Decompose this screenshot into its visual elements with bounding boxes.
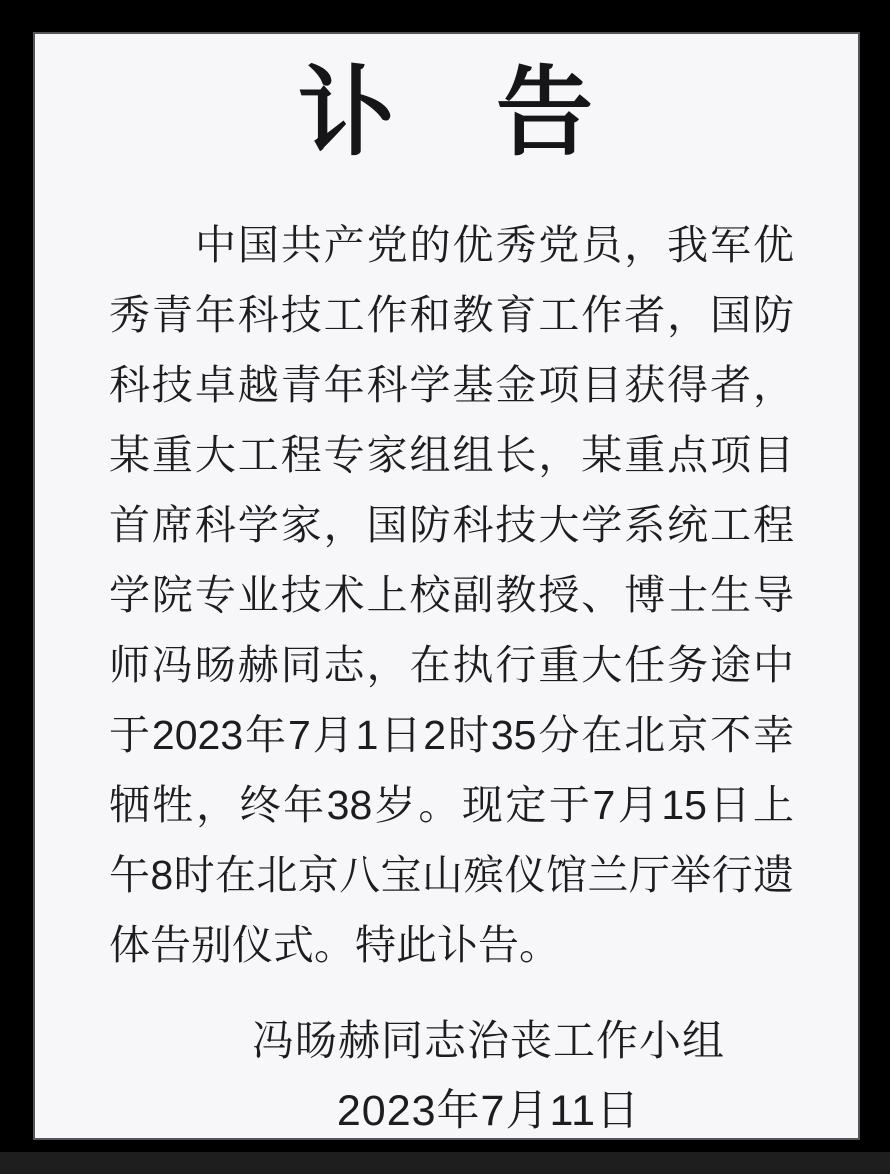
body-line-1: 中国共产党的优秀党员，我军优 (109, 210, 794, 280)
body-line-6: 学院专业技术上校副教授、博士生导 (109, 560, 794, 630)
signature-line: 冯旸赫同志治丧工作小组 (119, 1006, 858, 1076)
body-line-10: 午8时在北京八宝山殡仪馆兰厅举行遗 (109, 840, 794, 910)
notice-body: 中国共产党的优秀党员，我军优 秀青年科技工作和教育工作者，国防 科技卓越青年科学… (35, 210, 858, 980)
date-line: 2023年7月11日 (119, 1076, 858, 1140)
photo-background: 讣 告 中国共产党的优秀党员，我军优 秀青年科技工作和教育工作者，国防 科技卓越… (0, 0, 890, 1174)
body-line-4: 某重大工程专家组组长，某重点项目 (109, 420, 794, 490)
body-line-8: 于2023年7月1日2时35分在北京不幸 (109, 700, 794, 770)
body-line-7: 师冯旸赫同志，在执行重大任务途中 (109, 630, 794, 700)
body-line-11: 体告别仪式。特此讣告。 (109, 910, 794, 980)
obituary-notice-page: 讣 告 中国共产党的优秀党员，我军优 秀青年科技工作和教育工作者，国防 科技卓越… (33, 32, 860, 1140)
body-line-5: 首席科学家，国防科技大学系统工程 (109, 490, 794, 560)
photo-bottom-band (0, 1152, 890, 1174)
body-line-2: 秀青年科技工作和教育工作者，国防 (109, 280, 794, 350)
body-line-3: 科技卓越青年科学基金项目获得者， (109, 350, 794, 420)
body-line-9: 牺牲，终年38岁。现定于7月15日上 (109, 770, 794, 840)
notice-title: 讣 告 (35, 34, 858, 170)
notice-footer: 冯旸赫同志治丧工作小组 2023年7月11日 (35, 1006, 858, 1140)
